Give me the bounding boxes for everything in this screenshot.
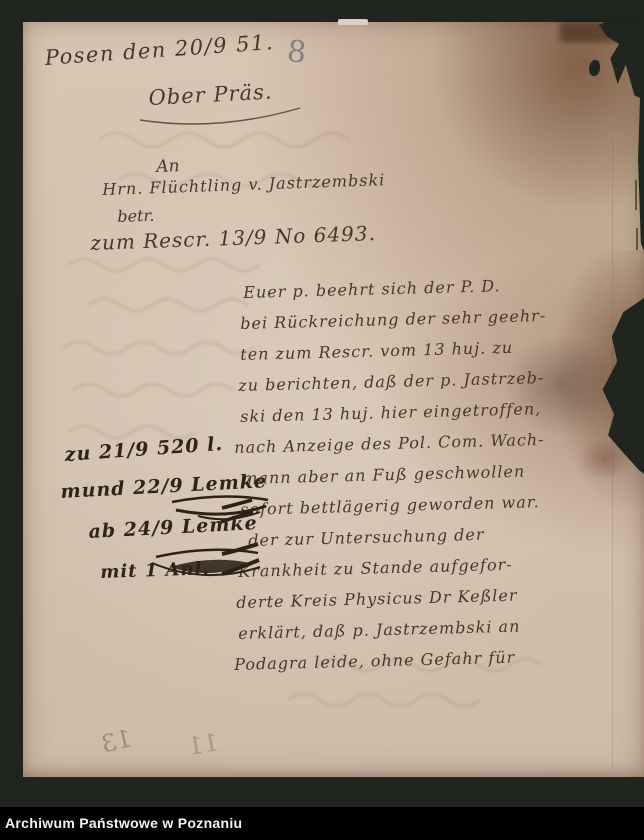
bleedthrough-number: 11	[186, 728, 221, 761]
ink-flourish	[220, 496, 254, 526]
archive-caption-bar: Archiwum Państwowe w Poznaniu	[0, 807, 644, 840]
paper-crack	[635, 180, 637, 210]
paper-edge-nick	[338, 19, 368, 25]
ink-flourish	[220, 538, 260, 580]
pencil-page-number: 8	[285, 34, 308, 71]
archive-caption-text: Archiwum Państwowe w Poznaniu	[5, 815, 242, 831]
paper-fold-line	[612, 140, 613, 768]
address-betr: betr.	[117, 206, 155, 226]
address-salute: An	[156, 156, 180, 177]
docket-underline-flourish	[138, 104, 303, 128]
scanned-document-page: Posen den 20/9 51. 8 Ober Präs. An Hrn. …	[0, 0, 644, 840]
paper-crack	[636, 228, 638, 250]
